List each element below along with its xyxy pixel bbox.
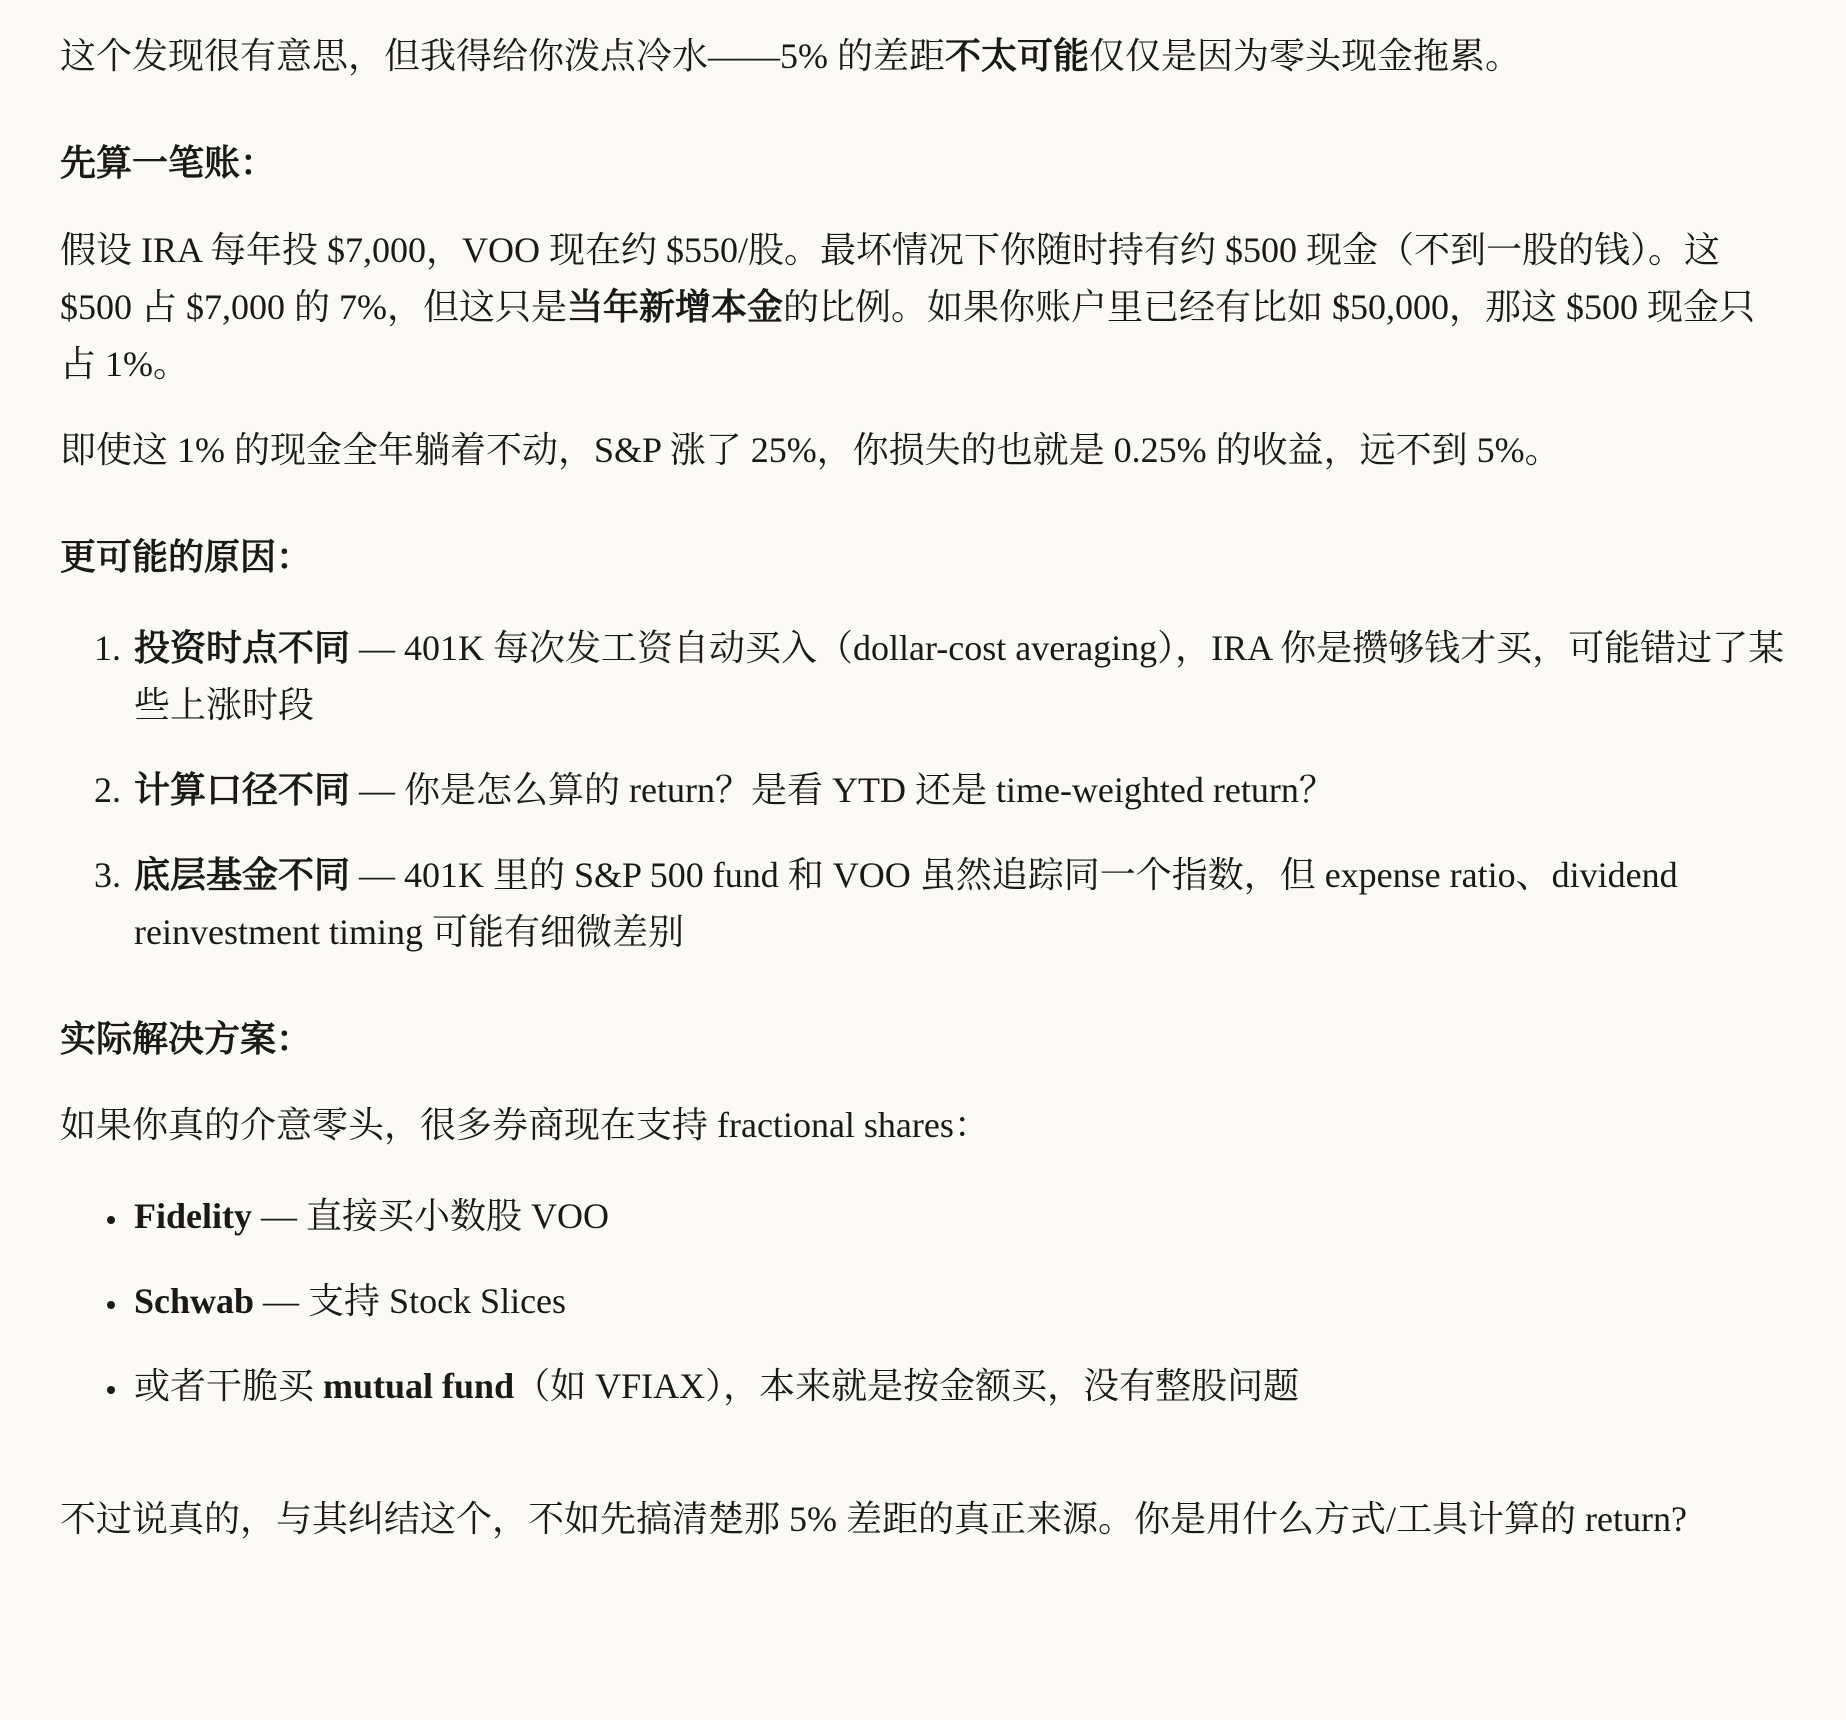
text-run: — 直接买小数股 VOO [252,1196,609,1236]
paragraph: 即使这 1% 的现金全年躺着不动，S&P 涨了 25%，你损失的也就是 0.25… [60,422,1786,479]
bold-text-run: 投资时点不同 [134,628,350,668]
list-item: 投资时点不同 — 401K 每次发工资自动买入（dollar-cost aver… [130,620,1786,734]
text-run: — 401K 每次发工资自动买入（dollar-cost averaging），… [134,628,1784,725]
paragraph: 不过说真的，与其纠结这个，不如先搞清楚那 5% 差距的真正来源。你是用什么方式/… [60,1491,1786,1548]
message-content: 这个发现很有意思，但我得给你泼点冷水——5% 的差距不太可能仅仅是因为零头现金拖… [60,28,1786,1548]
bold-text-run: 当年新增本金 [567,287,783,327]
text-run: 不过说真的，与其纠结这个，不如先搞清楚那 5% 差距的真正来源。你是用什么方式/… [60,1499,1687,1539]
paragraph: 这个发现很有意思，但我得给你泼点冷水——5% 的差距不太可能仅仅是因为零头现金拖… [60,28,1786,85]
bold-text-run: 计算口径不同 [134,770,350,810]
text-run: 仅仅是因为零头现金拖累。 [1089,36,1521,76]
section-heading: 先算一笔账： [60,135,1786,192]
bold-text-run: 底层基金不同 [134,855,350,895]
section-heading: 更可能的原因： [60,529,1786,586]
text-run: 或者干脆买 [134,1366,323,1406]
bold-text-run: mutual fund [323,1366,514,1406]
numbered-list: 投资时点不同 — 401K 每次发工资自动买入（dollar-cost aver… [60,620,1786,960]
text-run: （如 VFIAX），本来就是按金额买，没有整股问题 [514,1366,1299,1406]
list-item: Schwab — 支持 Stock Slices [130,1273,1786,1330]
bold-text-run: 更可能的原因： [60,537,312,577]
section-heading: 实际解决方案： [60,1011,1786,1068]
bullet-list: Fidelity — 直接买小数股 VOOSchwab — 支持 Stock S… [60,1188,1786,1415]
bold-text-run: 先算一笔账： [60,143,276,183]
bold-text-run: Fidelity [134,1196,252,1236]
paragraph: 假设 IRA 每年投 $7,000，VOO 现在约 $550/股。最坏情况下你随… [60,222,1786,393]
text-run: — 支持 Stock Slices [254,1281,566,1321]
bold-text-run: 不太可能 [945,36,1089,76]
list-item: 计算口径不同 — 你是怎么算的 return？是看 YTD 还是 time-we… [130,762,1786,819]
text-run: 即使这 1% 的现金全年躺着不动，S&P 涨了 25%，你损失的也就是 0.25… [60,430,1561,470]
text-run: 如果你真的介意零头，很多券商现在支持 fractional shares： [60,1105,990,1145]
page: { "page": { "background": "#FAF9F5", "te… [0,0,1846,1720]
text-run: — 401K 里的 S&P 500 fund 和 VOO 虽然追踪同一个指数，但… [134,855,1678,952]
list-item: 或者干脆买 mutual fund（如 VFIAX），本来就是按金额买，没有整股… [130,1358,1786,1415]
list-item: 底层基金不同 — 401K 里的 S&P 500 fund 和 VOO 虽然追踪… [130,847,1786,961]
paragraph: 如果你真的介意零头，很多券商现在支持 fractional shares： [60,1097,1786,1154]
text-run: — 你是怎么算的 return？是看 YTD 还是 time-weighted … [350,770,1335,810]
text-run: 这个发现很有意思，但我得给你泼点冷水——5% 的差距 [60,36,945,76]
bold-text-run: 实际解决方案： [60,1019,312,1059]
list-item: Fidelity — 直接买小数股 VOO [130,1188,1786,1245]
bold-text-run: Schwab [134,1281,254,1321]
